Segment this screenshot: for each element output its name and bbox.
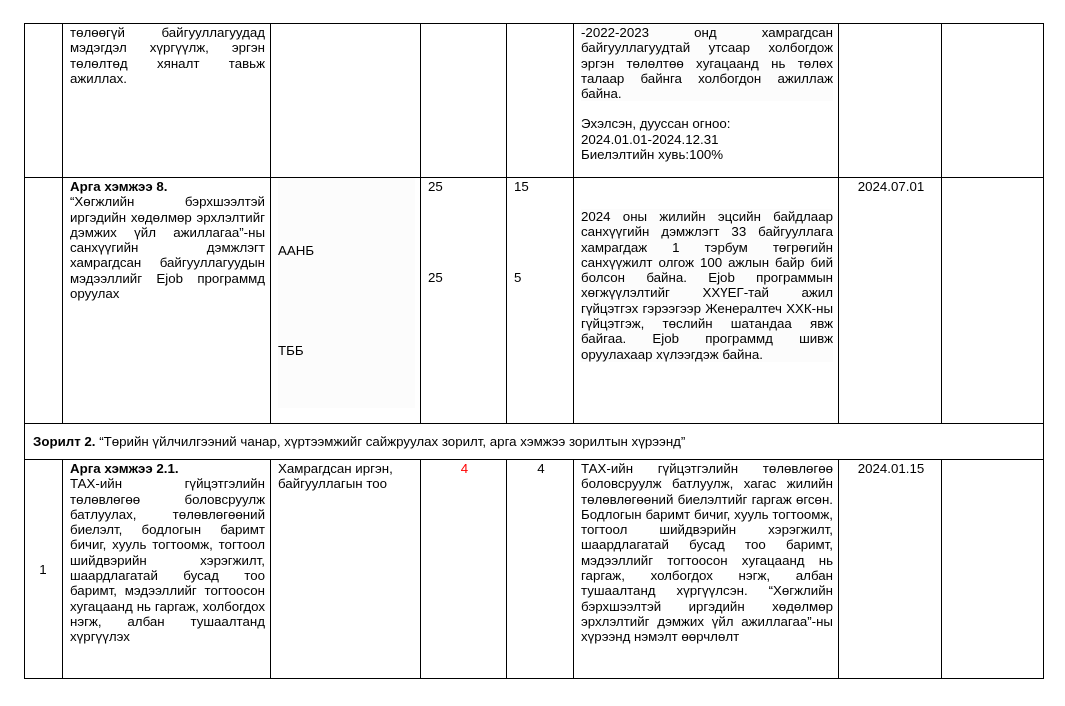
activity-text: “Хөгжлийн бэрхшээлтэй иргэдийн хөдөлмөр … xyxy=(70,194,265,301)
report-table: төлөөгүй байгууллагуудад мэдэгдэл хүргүү… xyxy=(24,23,1044,679)
cell-activity: Арга хэмжээ 2.1. ТАХ-ийн гүйцэтгэлийн тө… xyxy=(63,460,271,679)
table-row: төлөөгүй байгууллагуудад мэдэгдэл хүргүү… xyxy=(25,24,1044,178)
section-label: Зорилт 2. xyxy=(33,434,96,449)
cell-date: 2024.01.15 xyxy=(839,460,942,679)
date-value: 2024.01.15 xyxy=(858,461,925,476)
section-text: “Төрийн үйлчилгээний чанар, хүртээмжийг … xyxy=(96,434,686,449)
cell-indicator: Хамрагдсан иргэн, байгууллагын тоо xyxy=(271,460,421,679)
indicator-text: Хамрагдсан иргэн, байгууллагын тоо xyxy=(278,461,393,491)
cell-indicator: ААНБ ТББ xyxy=(271,178,421,424)
cell-indicator xyxy=(271,24,421,178)
date-value: 2024.07.01 xyxy=(858,179,925,194)
table-row: Арга хэмжээ 8. “Хөгжлийн бэрхшээлтэй ирг… xyxy=(25,178,1044,424)
cell-date: 2024.07.01 xyxy=(839,178,942,424)
result-percent: Биелэлтийн хувь:100% xyxy=(581,147,833,162)
section-row: Зорилт 2. “Төрийн үйлчилгээний чанар, хү… xyxy=(25,424,1044,460)
result-text: 2024 оны жилийн эцсийн байдлаар санхүүги… xyxy=(581,209,833,362)
indicator-1: ААНБ xyxy=(278,243,314,258)
activity-text: ТАХ-ийн гүйцэтгэлийн төлөвлөгөө боловсру… xyxy=(70,476,265,644)
result-dates-label: Эхэлсэн, дууссан огноо: xyxy=(581,116,833,131)
cell-result: ТАХ-ийн гүйцэтгэлийн төлөвлөгөө боловсру… xyxy=(574,460,839,679)
target-value: 4 xyxy=(461,461,468,476)
cell-note xyxy=(942,460,1044,679)
cell-note xyxy=(942,178,1044,424)
cell-actual xyxy=(507,24,574,178)
cell-target: 4 xyxy=(421,460,507,679)
result-dates: 2024.01.01-2024.12.31 xyxy=(581,132,833,147)
cell-number xyxy=(25,178,63,424)
indicator-2: ТББ xyxy=(278,343,304,358)
cell-target xyxy=(421,24,507,178)
cell-number xyxy=(25,24,63,178)
cell-target: 25 25 xyxy=(421,178,507,424)
row-number: 1 xyxy=(39,562,46,577)
cell-number: 1 xyxy=(25,460,63,679)
actual-1: 15 xyxy=(514,179,568,194)
activity-title: Арга хэмжээ 2.1. xyxy=(70,461,265,476)
target-1: 25 xyxy=(428,179,501,194)
activity-title: Арга хэмжээ 8. xyxy=(70,179,265,194)
cell-activity: Арга хэмжээ 8. “Хөгжлийн бэрхшээлтэй ирг… xyxy=(63,178,271,424)
cell-actual: 15 5 xyxy=(507,178,574,424)
activity-text: төлөөгүй байгууллагуудад мэдэгдэл хүргүү… xyxy=(70,25,265,86)
actual-value: 4 xyxy=(537,461,544,476)
table-row: 1 Арга хэмжээ 2.1. ТАХ-ийн гүйцэтгэлийн … xyxy=(25,460,1044,679)
result-text: -2022-2023 онд хамрагдсан байгууллагуудт… xyxy=(581,25,833,101)
cell-note xyxy=(942,24,1044,178)
cell-result: -2022-2023 онд хамрагдсан байгууллагуудт… xyxy=(574,24,839,178)
cell-date xyxy=(839,24,942,178)
cell-result: 2024 оны жилийн эцсийн байдлаар санхүүги… xyxy=(574,178,839,424)
cell-actual: 4 xyxy=(507,460,574,679)
section-heading: Зорилт 2. “Төрийн үйлчилгээний чанар, хү… xyxy=(25,424,1044,460)
result-text: ТАХ-ийн гүйцэтгэлийн төлөвлөгөө боловсру… xyxy=(581,461,833,644)
cell-activity: төлөөгүй байгууллагуудад мэдэгдэл хүргүү… xyxy=(63,24,271,178)
target-2: 25 xyxy=(428,270,501,285)
actual-2: 5 xyxy=(514,270,568,285)
